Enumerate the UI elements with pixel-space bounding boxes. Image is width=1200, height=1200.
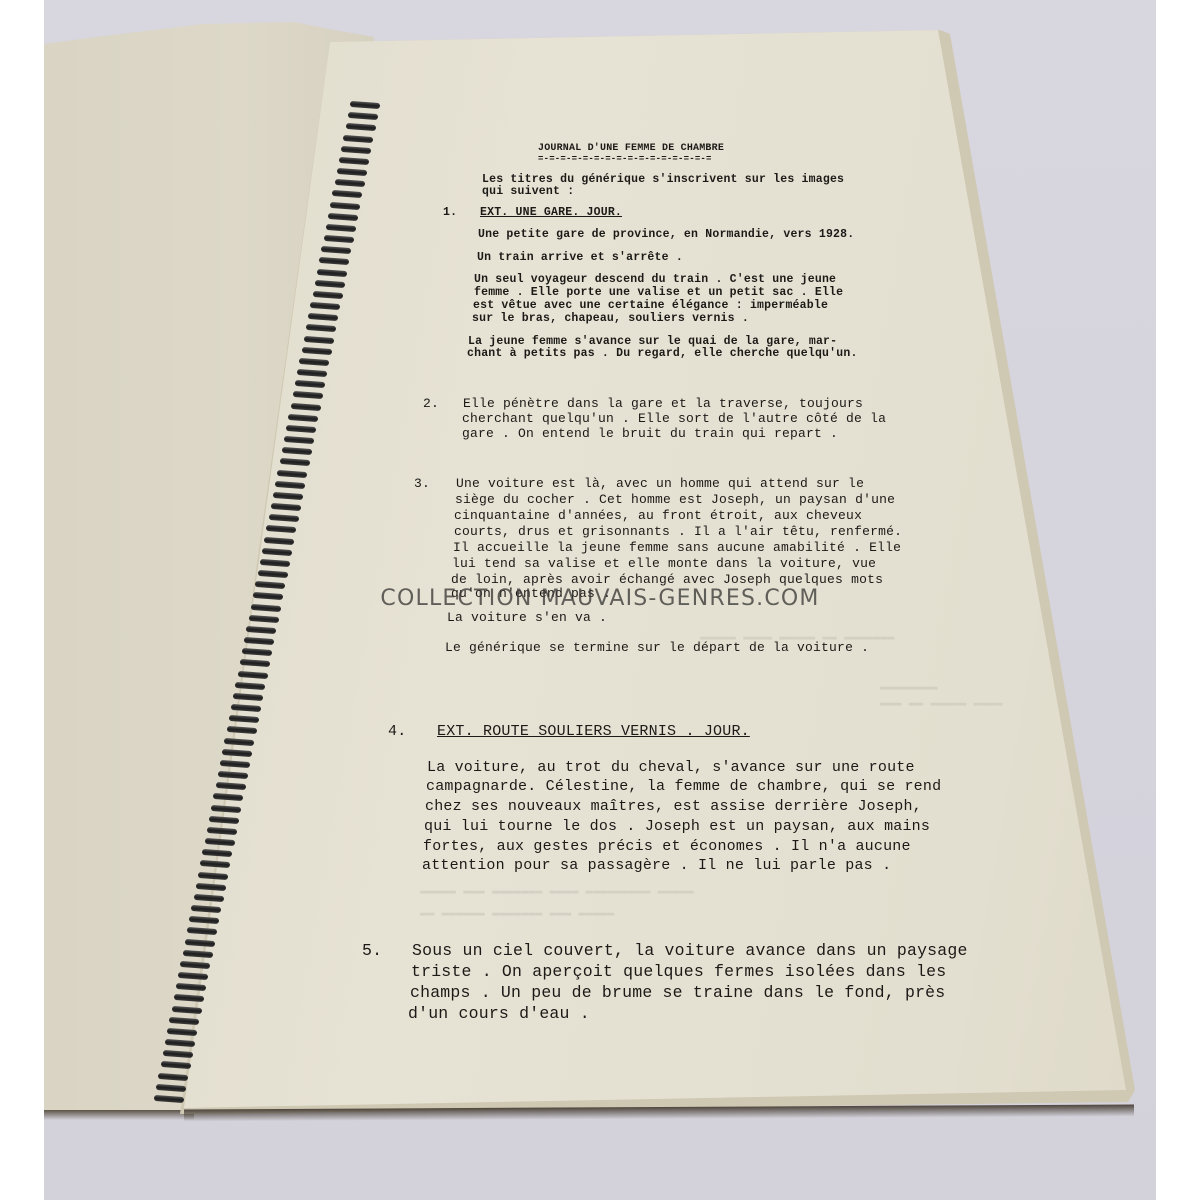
scene-number: 3. (414, 476, 430, 492)
scene-text: sur le bras, chapeau, souliers vernis . (472, 313, 749, 326)
scene-text: champs . Un peu de brume se traine dans … (410, 983, 945, 1004)
scene-text: Un train arrive et s'arrête . (477, 252, 683, 265)
scene-text: d'un cours d'eau . (408, 1004, 590, 1025)
scene-text: chez ses nouveaux maîtres, est assise de… (425, 797, 922, 816)
scene-text: chant à petits pas . Du regard, elle che… (467, 348, 858, 361)
script-content: ▬▬▬▬▬ ▬▬▬▬ ▬▬▬▬▬ ▬▬ ▬▬▬▬▬▬▬ ▬▬▬▬▬▬▬▬ ▬▬▬… (0, 0, 1200, 1200)
scene-text: La voiture, au trot du cheval, s'avance … (427, 758, 915, 777)
scene-text: femme . Elle porte une valise et un peti… (474, 287, 843, 300)
watermark: COLLECTION MAUVAIS-GENRES.COM (0, 586, 1200, 611)
bleed-through-text: ▬▬▬▬▬▬▬▬ (880, 680, 938, 694)
scene-text: gare . On entend le bruit du train qui r… (462, 426, 838, 442)
scene-text: Une petite gare de province, en Normandi… (478, 229, 854, 242)
scene-text: qui lui tourne le dos . Joseph est un pa… (424, 817, 930, 836)
scene-text: Sous un ciel couvert, la voiture avance … (412, 941, 968, 962)
scene-text: courts, drus et grisonnants . Il a l'air… (454, 524, 902, 540)
scene-number: 5. (362, 941, 382, 962)
bleed-through-text: ▬▬▬▬▬ ▬▬▬ ▬▬▬▬▬▬▬ ▬▬▬▬ ▬▬▬▬▬▬▬▬▬ ▬▬▬▬▬ (420, 884, 694, 898)
scene-text: campagnarde. Célestine, la femme de cham… (426, 777, 941, 796)
scene-text: La voiture s'en va . (447, 610, 607, 626)
scene-number: 4. (388, 722, 406, 741)
bleed-through-text: ▬▬▬ ▬▬ ▬▬▬▬▬ ▬▬▬▬ (880, 696, 1002, 710)
scene-number: 2. (423, 396, 439, 412)
scene-text: fortes, aux gestes précis et économes . … (423, 837, 911, 856)
scene-heading: EXT. ROUTE SOULIERS VERNIS . JOUR. (437, 722, 750, 741)
scene-heading: EXT. UNE GARE. JOUR. (480, 207, 622, 220)
scene-text: Un seul voyageur descend du train . C'es… (474, 274, 836, 287)
scene-text: triste . On aperçoit quelques fermes iso… (411, 962, 946, 983)
scene-text: Elle pénètre dans la gare et la traverse… (463, 396, 863, 412)
scene-text: cinquantaine d'années, au front étroit, … (454, 508, 862, 524)
bleed-through-text: ▬▬ ▬▬▬▬▬▬ ▬▬▬▬▬▬▬ ▬▬▬ ▬▬▬▬▬ (420, 906, 614, 920)
scene-text: lui tend sa valise et elle monte dans la… (452, 556, 876, 572)
intro-line: qui suivent : (482, 186, 574, 199)
scene-text: attention pour sa passagère . Il ne lui … (422, 856, 891, 875)
scene-text: Le générique se termine sur le départ de… (445, 640, 869, 656)
scene-text: siège du cocher . Cet homme est Joseph, … (455, 492, 895, 508)
title-underline: =-=-=-=-=-=-=-=-=-=-=-=-=-=-=-= (538, 154, 712, 164)
scene-text: Une voiture est là, avec un homme qui at… (456, 476, 864, 492)
document-title: JOURNAL D'UNE FEMME DE CHAMBRE (538, 143, 724, 154)
scene-text: cherchant quelqu'un . Elle sort de l'aut… (462, 411, 886, 427)
scene-number: 1. (443, 207, 457, 220)
scene-text: Il accueille la jeune femme sans aucune … (453, 540, 901, 556)
scene-text: est vêtue avec une certaine élégance : i… (473, 300, 828, 313)
